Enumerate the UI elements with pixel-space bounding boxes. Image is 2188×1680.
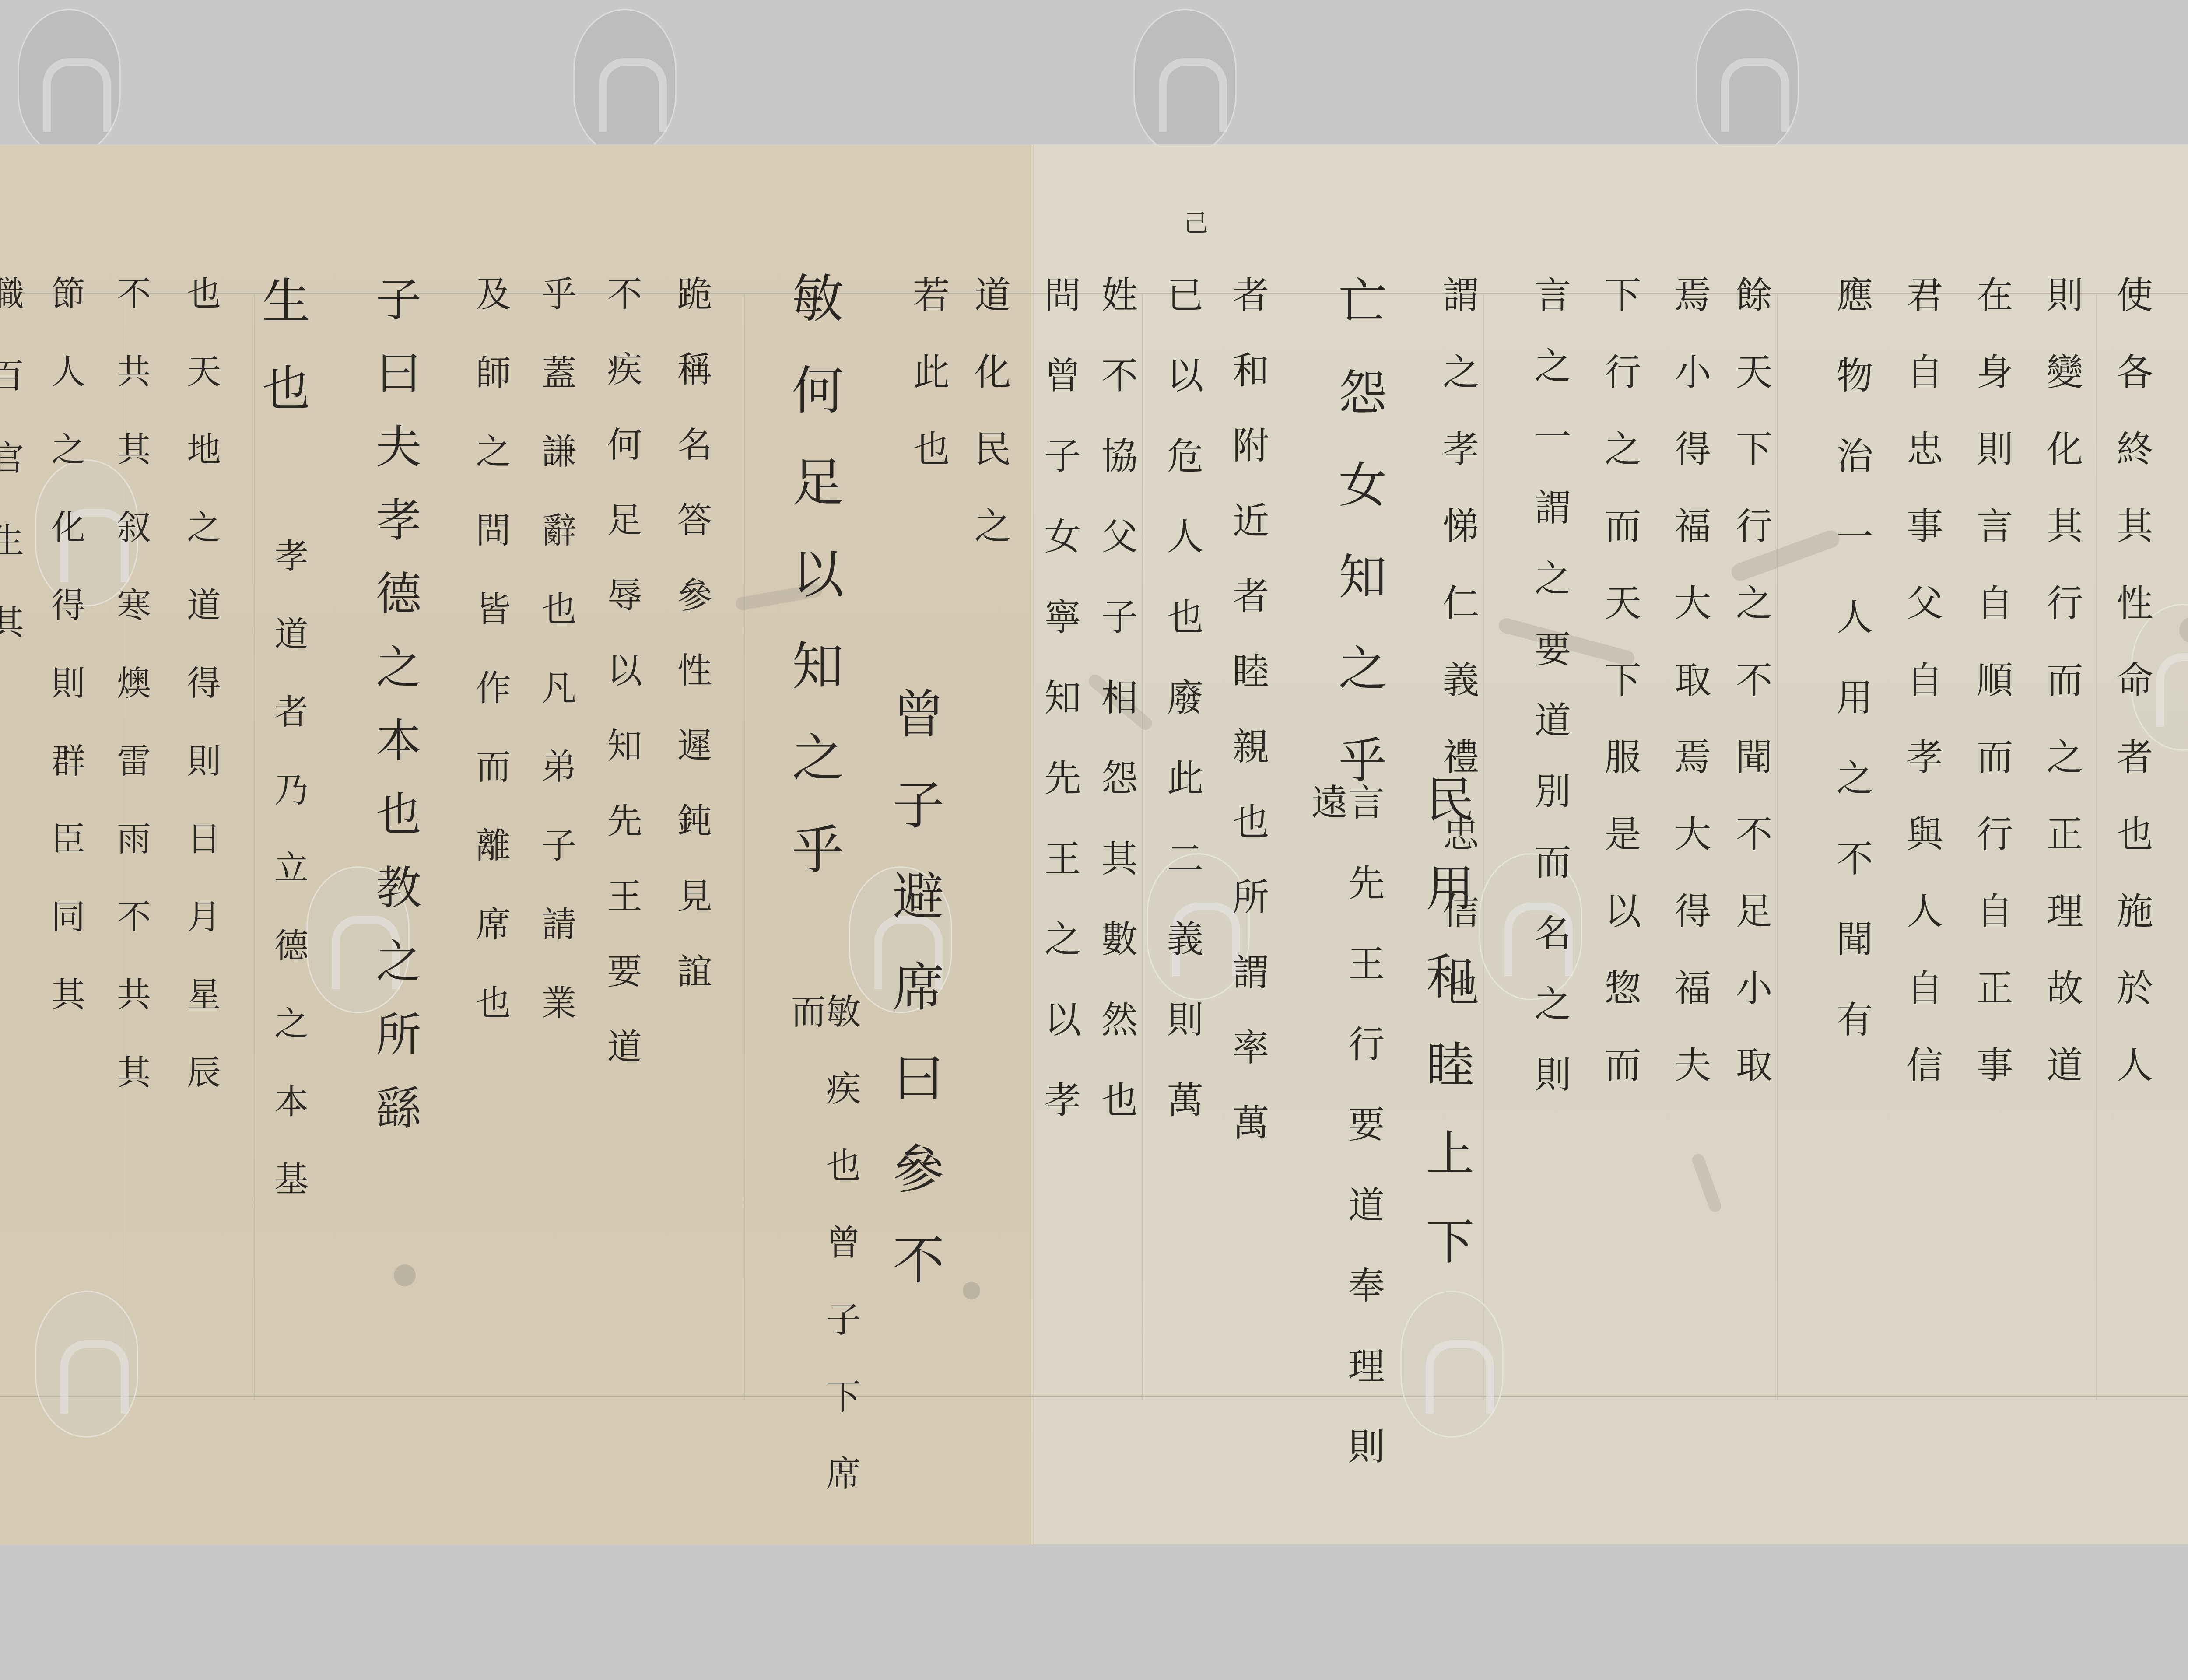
text-column: 已以危人也廢此二義則萬	[1164, 276, 1201, 1161]
column-rule	[1483, 293, 1484, 1400]
watermark-logo-icon	[573, 9, 677, 156]
manuscript-scroll: 己 孔子也師一而已 訓天下故不稱姓先王先聖 王也至德孝德生於敬 敬者寡而悅者衆故…	[0, 144, 2188, 1544]
text-column: 曾子避席曰參不	[888, 687, 940, 1324]
text-column: 不共其叙寒燠雷雨不共其	[114, 276, 148, 1132]
text-column: 言之一謂之要道別而名之則	[1532, 276, 1568, 1126]
margin-mark: 己	[1182, 210, 1206, 262]
text-column: 若此也	[910, 276, 947, 507]
watermark-logo-icon	[1696, 9, 1799, 156]
text-column: 則變化其行而之正理故道	[2044, 276, 2080, 1123]
text-column: 不疾何足辱以知先王要道	[604, 276, 639, 1103]
ink-spot	[963, 1282, 980, 1299]
text-column: 焉小得福大取焉大得福夫	[1672, 276, 1708, 1123]
text-column: 敏何足以知之乎	[788, 271, 839, 914]
column-rule	[1142, 293, 1143, 1400]
bottom-background-band	[0, 1544, 2188, 1680]
text-column: 生也	[258, 276, 306, 451]
text-column: 及師之問皆作而離席也	[473, 276, 508, 1063]
bottom-ruled-line	[0, 1396, 2188, 1397]
text-column: 敏疾也曾子下席而	[788, 993, 858, 1544]
text-column: 職百官生其	[0, 276, 21, 687]
paper-sheet-left	[0, 144, 1031, 1544]
text-column: 跪稱名答參性遲鈍見誼	[674, 276, 709, 1028]
column-rule	[744, 293, 745, 1400]
text-column: 問曾子女寧知先王之以孝	[1041, 276, 1078, 1161]
text-column: 道化民之	[971, 276, 1008, 584]
text-column: 也天地之道得則日月星辰	[184, 276, 218, 1132]
column-rule	[254, 293, 255, 1400]
text-column: 孝道者乃立德之本基	[271, 538, 305, 1239]
paper-join-seam	[1031, 144, 1034, 1544]
text-column: 節人之化得則群臣同其	[48, 276, 82, 1054]
text-column: 者和附近者睦親也所謂率萬	[1230, 276, 1266, 1179]
text-column: 民用和睦上下	[1422, 774, 1470, 1305]
text-column: 子曰夫孝德之本也教之所繇	[372, 276, 417, 1158]
text-column: 使各終其性命者也施於人	[2114, 276, 2150, 1123]
watermark-logo-icon	[18, 9, 121, 156]
text-column: 在身則言自順而行自正事	[1974, 276, 2010, 1123]
watermark-logo-icon	[1400, 1291, 1504, 1438]
text-column: 應物治一人用之不聞有	[1834, 276, 1870, 1081]
top-background-band	[0, 0, 2188, 144]
ink-spot	[394, 1264, 416, 1286]
text-column: 亡怨女知之乎	[1335, 276, 1383, 827]
text-column: 君自忠事父自孝與人自信	[1904, 276, 1940, 1123]
watermark-logo-icon	[35, 1291, 138, 1438]
text-column: 下行之而天下服是以惣而	[1602, 276, 1638, 1123]
text-column: 乎蓋謙辭也凡弟子請業	[538, 276, 573, 1063]
text-column: 餘天下行之不聞不足小取	[1733, 276, 1770, 1123]
text-column: 言先王行要道奉理則遠	[1308, 783, 1382, 1544]
column-rule	[1777, 293, 1778, 1400]
column-rule	[2096, 293, 2097, 1400]
watermark-logo-icon	[1133, 9, 1237, 156]
text-column: 姓不協父子相怨其數然也	[1098, 276, 1135, 1161]
